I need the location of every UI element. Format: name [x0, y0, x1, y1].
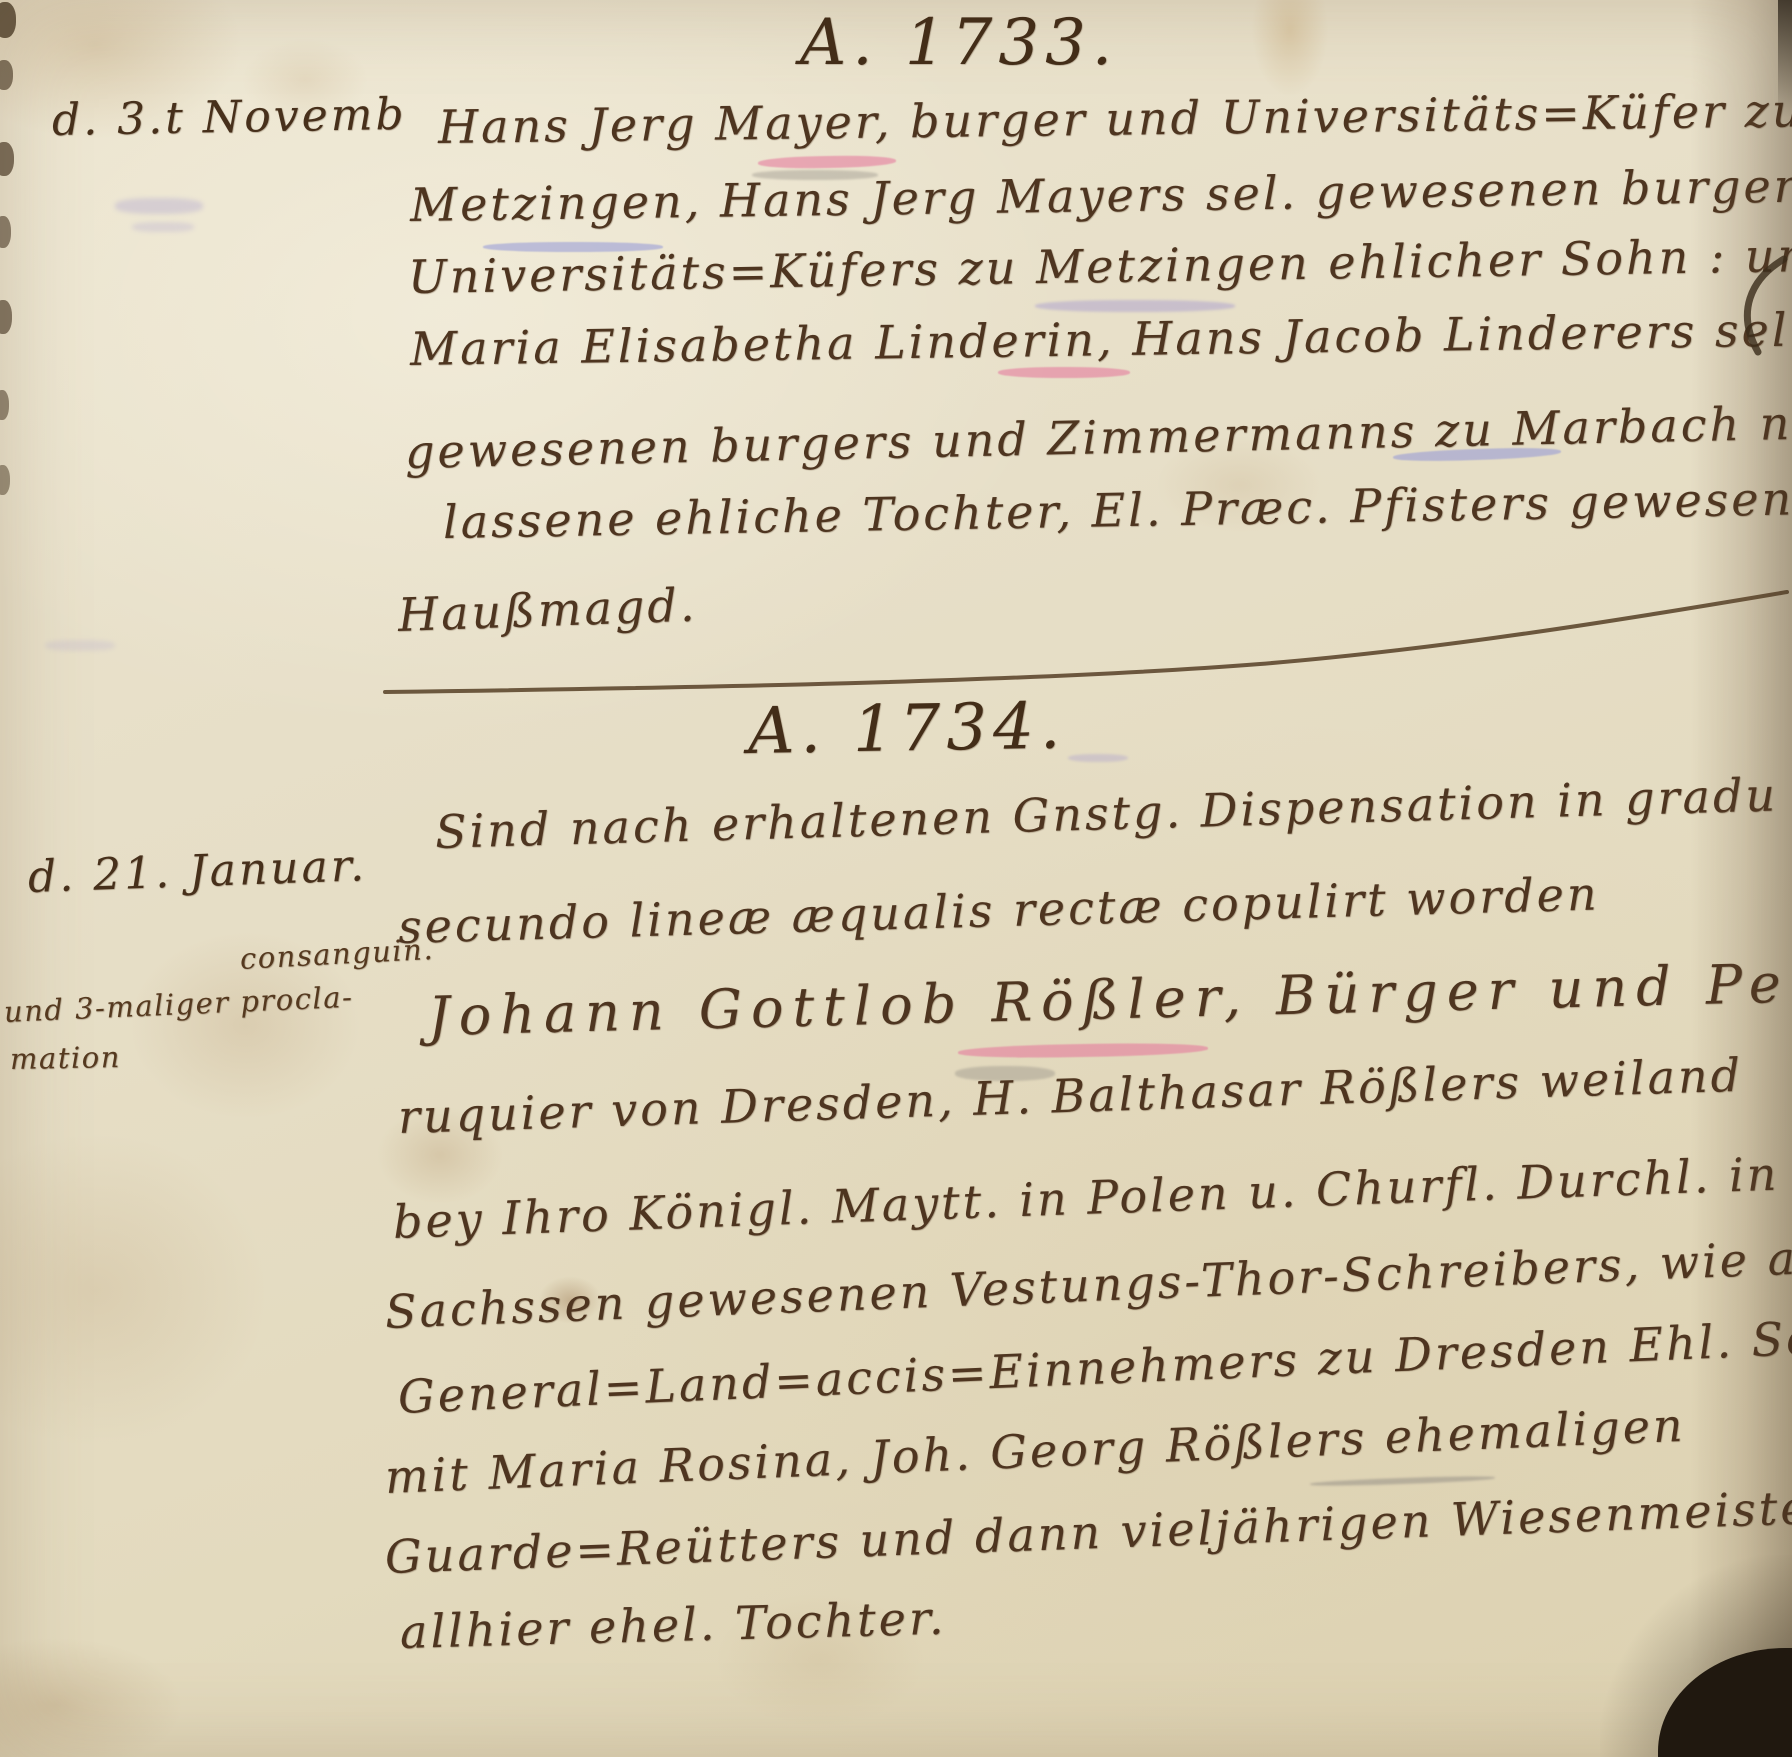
ink-bleed-mark [132, 222, 194, 232]
entry1-line-1: Hans Jerg Mayer, burger und Universitäts… [438, 83, 1792, 154]
page-edge-artifact [0, 465, 10, 495]
entry2-line-2: secundo lineæ æqualis rectæ copulirt wor… [397, 866, 1600, 954]
underline-mark-linderin [998, 367, 1130, 378]
strike-mark-roesslers [1310, 1475, 1495, 1487]
entry2-line-3: Johann Gottlob Rößler, Bürger und Per- [427, 950, 1792, 1048]
entry2-line-7: General=Land=accis=Einnehmers zu Dresden… [397, 1308, 1792, 1424]
entry1-line-3: Universitäts=Küfers zu Metzingen ehliche… [408, 227, 1792, 304]
ink-flourish-mark [1728, 255, 1792, 357]
underline-mark-universitaets [483, 242, 663, 252]
year-heading-1733: A. 1733. [800, 6, 1118, 80]
entry2-line-9: Guarde=Reütters und dann vieljährigen Wi… [384, 1478, 1792, 1584]
entry2-line-4: ruquier von Dresden, H. Balthasar Rößler… [397, 1048, 1744, 1144]
page-edge-artifact [0, 390, 9, 420]
page-edge-artifact [1778, 0, 1792, 118]
smudge-mark-roessler [955, 1066, 1055, 1081]
smudge-mark-1734 [1068, 754, 1128, 762]
smudge-mark-sohn [1035, 300, 1235, 312]
page-edge-artifact [0, 60, 13, 90]
entry1-line-5: gewesenen burgers und Zimmermanns zu Mar… [404, 392, 1792, 479]
underline-mark-mayer [758, 155, 896, 169]
paper-stains [0, 0, 1792, 1757]
underline-mark-roessler [958, 1042, 1208, 1059]
entry1-line-6: lassene ehliche Tochter, El. Præc. Pfist… [443, 471, 1792, 549]
smudge-mark-mayer [752, 170, 878, 180]
entry2-margin-date: d. 21. Januar. [27, 840, 368, 903]
underline-mark-marbach [1393, 446, 1561, 463]
entry2-margin-note-1: consanguin. [239, 932, 435, 976]
entry2-line-6: Sachssen gewesenen Vestungs-Thor-Schreib… [384, 1227, 1792, 1339]
entry2-line-1: Sind nach erhaltenen Gnstg. Dispensation… [434, 767, 1778, 858]
ink-bleed-mark [115, 198, 203, 214]
entry1-line-2: Metzingen, Hans Jerg Mayers sel. gewesen… [410, 157, 1792, 232]
entry2-margin-note-2: und 3-maliger procla- [3, 980, 354, 1029]
page-edge-artifact [0, 2, 16, 38]
page-edge-artifact [0, 300, 12, 334]
divider-rule [380, 580, 1792, 710]
entry1-line-4: Maria Elisabetha Linderin, Hans Jacob Li… [410, 302, 1792, 376]
page-edge-artifact [0, 142, 14, 176]
entry-1734: d. 21. Januar. consanguin. und 3-maliger… [0, 0, 1792, 1757]
entry2-margin-note-3: mation [10, 1040, 121, 1076]
entry-1733: d. 3.t Novemb Hans Jerg Mayer, burger un… [0, 0, 1792, 1757]
year-heading-1734: A. 1734. [747, 689, 1066, 769]
church-register-page: A. 1733. d. 3.t Novemb Hans Jerg Mayer, … [0, 0, 1792, 1757]
entry2-line-10: allhier ehel. Tochter. [399, 1591, 947, 1659]
entry2-line-8: mit Maria Rosina, Joh. Georg Rößlers ehe… [384, 1398, 1687, 1504]
entry2-line-5: bey Ihro Königl. Maytt. in Polen u. Chur… [392, 1147, 1780, 1249]
entry1-margin-date: d. 3.t Novemb [52, 89, 407, 146]
page-edge-artifact [0, 216, 11, 248]
ink-bleed-mark [45, 640, 115, 651]
